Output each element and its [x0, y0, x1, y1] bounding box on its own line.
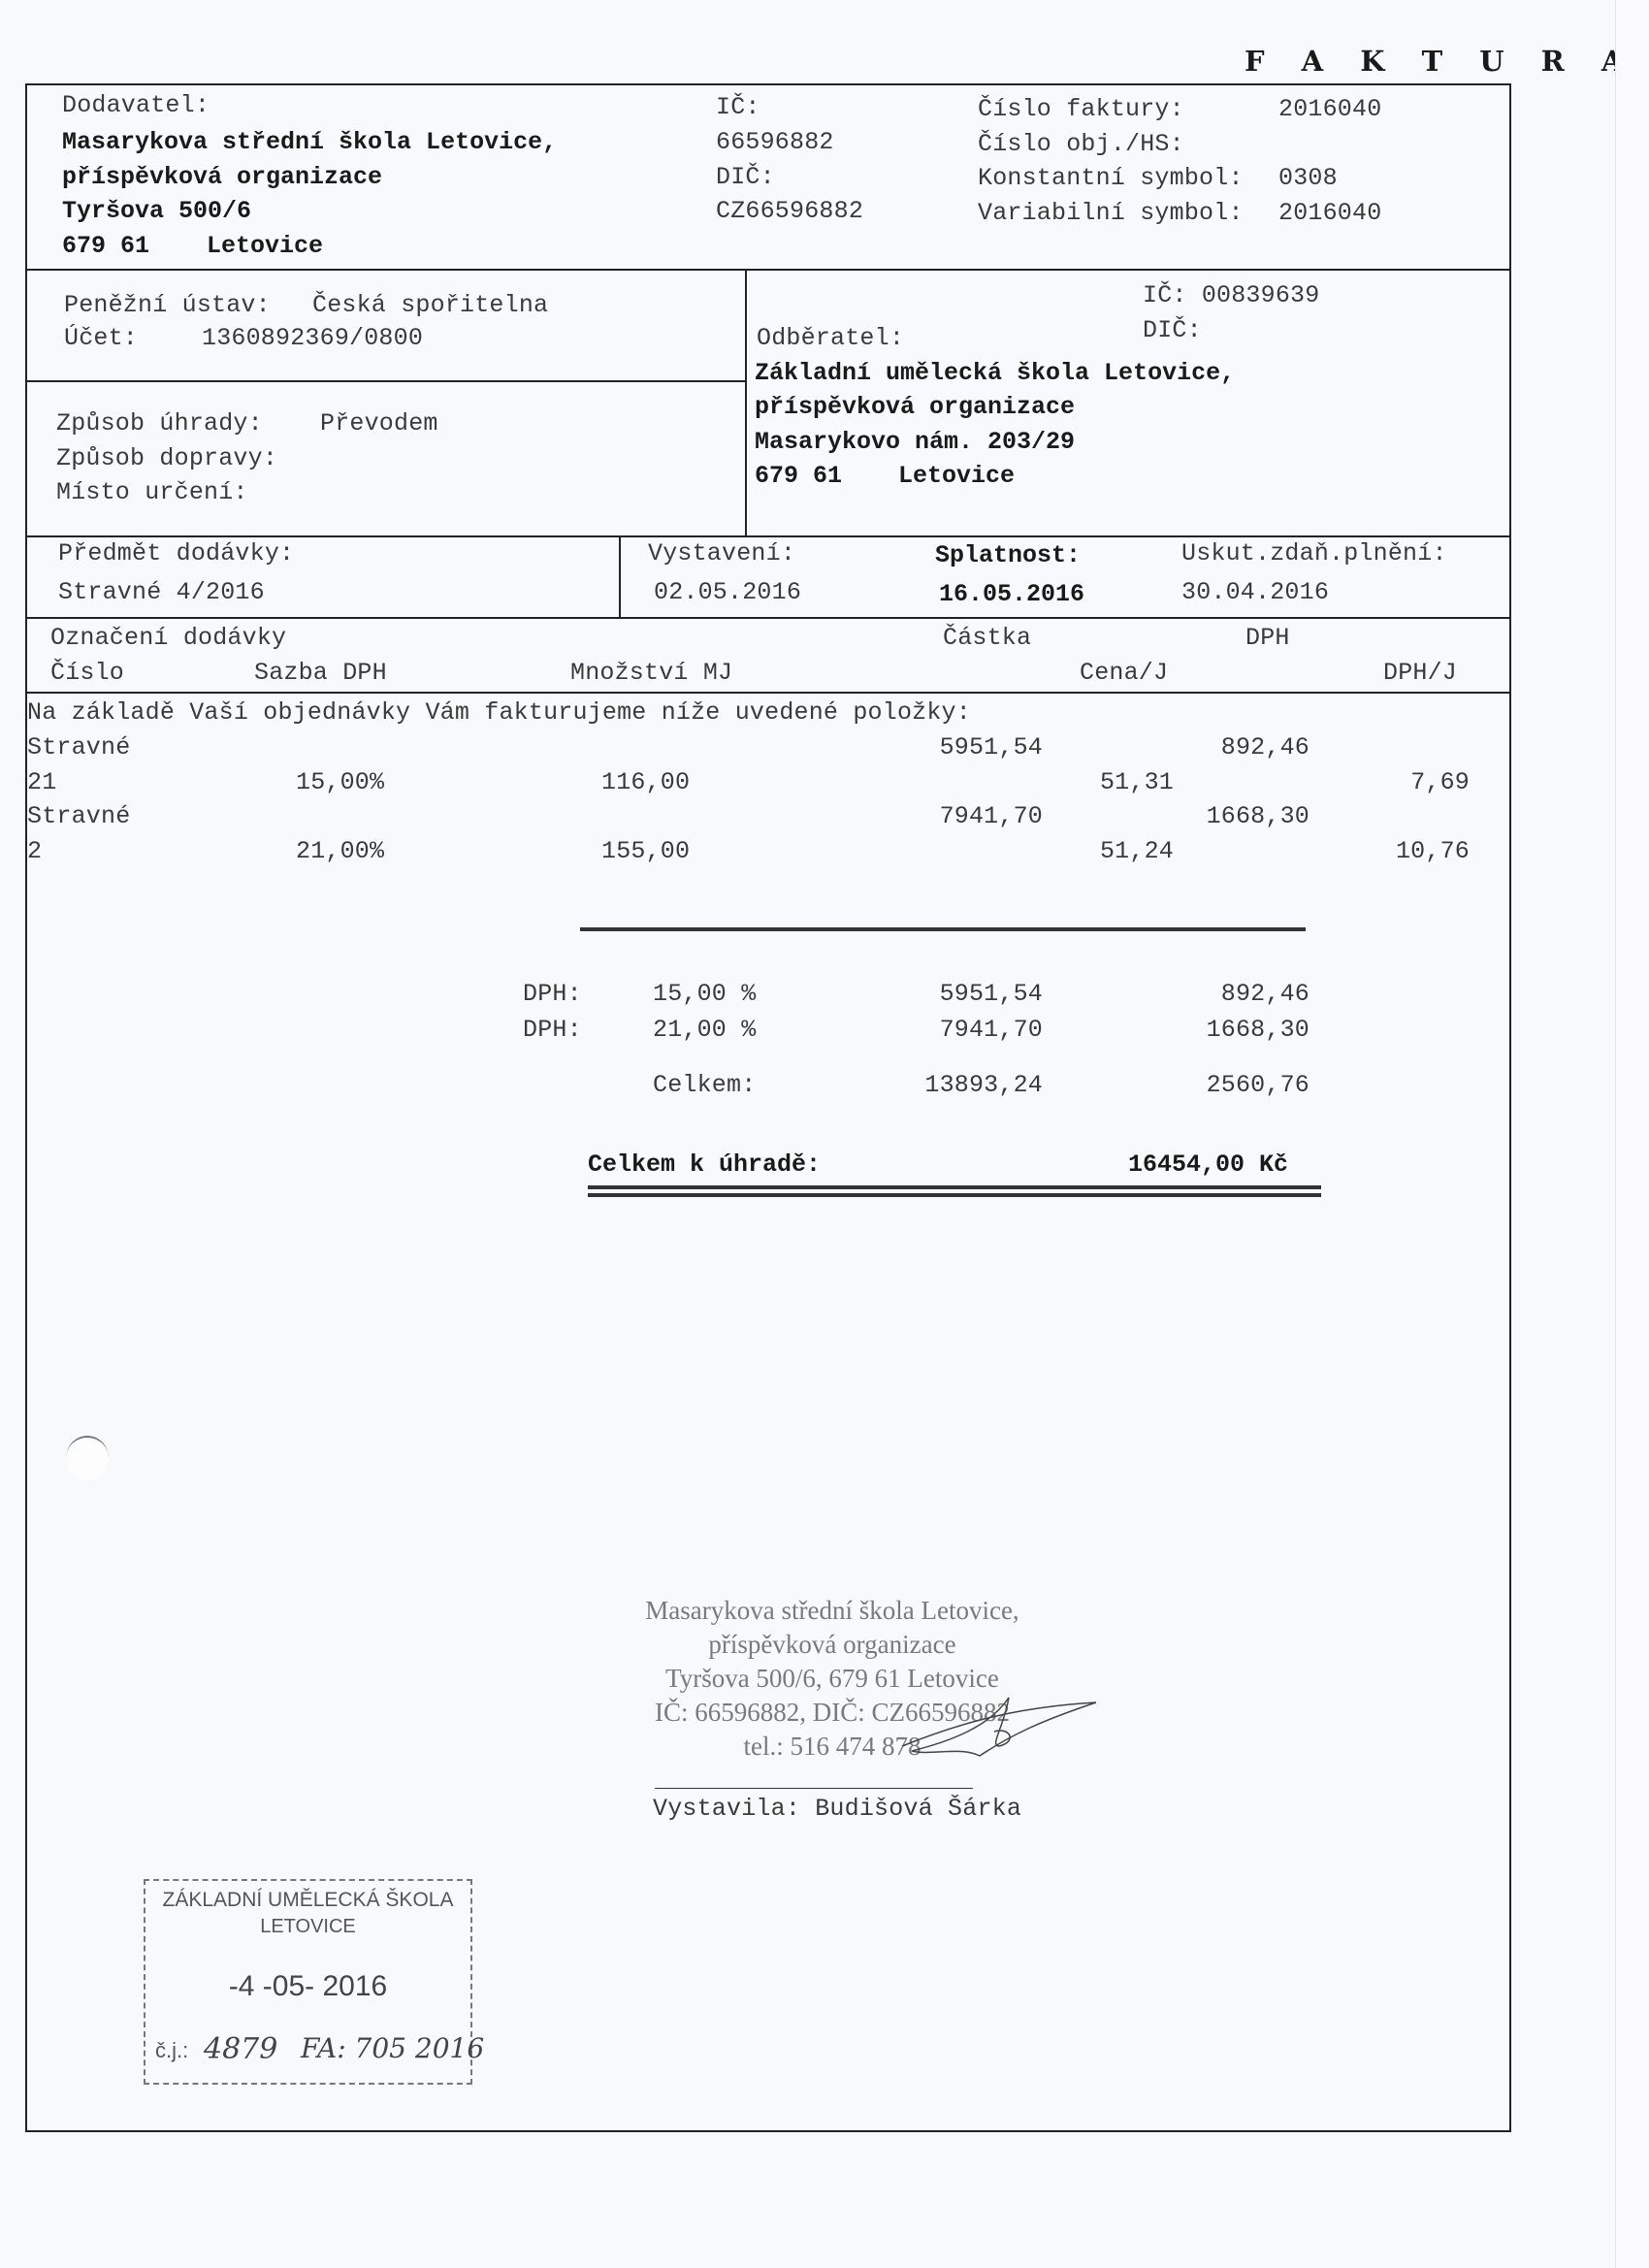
- receipt-stamp: ZÁKLADNÍ UMĚLECKÁ ŠKOLA LETOVICE -4 -05-…: [144, 1879, 472, 2085]
- summary-vat-base: 7941,70: [834, 1016, 1043, 1044]
- invoice-frame: [25, 83, 1511, 2132]
- divider: [25, 617, 1509, 619]
- customer-dic-label: DIČ:: [1143, 316, 1202, 344]
- account-number: 1360892369/0800: [202, 324, 423, 352]
- supplier-street: Tyršova 500/6: [62, 197, 251, 225]
- summary-divider: [580, 927, 1306, 931]
- taxable-date: 30.04.2016: [1181, 578, 1329, 606]
- header-designation: Označení dodávky: [50, 624, 286, 652]
- item-rate: 15,00%: [296, 768, 384, 796]
- header-quantity: Množství MJ: [570, 659, 732, 687]
- subject: Stravné 4/2016: [58, 578, 265, 606]
- supplier-city: Letovice: [207, 232, 323, 260]
- taxable-label: Uskut.zdaň.plnění:: [1181, 539, 1447, 567]
- account-label: Účet:: [64, 324, 138, 352]
- header-amount: Částka: [943, 624, 1031, 652]
- supplier-dic-label: DIČ:: [716, 163, 775, 191]
- item-unit-price: 51,31: [970, 768, 1174, 796]
- divider: [25, 692, 1509, 694]
- summary-vat-amount: 892,46: [1115, 980, 1309, 1008]
- grand-total: 16454,00 Kč: [999, 1150, 1288, 1179]
- invoice-page: F A K T U R A Dodavatel: Masarykova stře…: [0, 0, 1615, 2268]
- divider: [25, 269, 1509, 271]
- item-vat: 1668,30: [1115, 802, 1309, 830]
- customer-name: Základní umělecká škola Letovice,: [755, 359, 1235, 387]
- total-label: Celkem:: [653, 1071, 756, 1099]
- header-unit-price: Cena/J: [1080, 659, 1168, 687]
- bank-label: Peněžní ústav:: [64, 291, 271, 319]
- customer-ic: IČ: 00839639: [1143, 281, 1319, 309]
- payment-method: Převodem: [320, 409, 438, 437]
- customer-street: Masarykovo nám. 203/29: [755, 428, 1075, 456]
- header-unit-vat: DPH/J: [1383, 659, 1457, 687]
- variable-symbol: 2016040: [1278, 199, 1381, 227]
- item-unit-price: 51,24: [970, 837, 1174, 865]
- customer-zip: 679 61: [755, 462, 842, 490]
- divider: [25, 380, 745, 382]
- supplier-dic: CZ66596882: [716, 197, 863, 225]
- constant-symbol-label: Konstantní symbol:: [978, 164, 1244, 192]
- invoice-number-label: Číslo faktury:: [978, 95, 1184, 123]
- item-qty: 155,00: [601, 837, 690, 865]
- variable-symbol-label: Variabilní symbol:: [978, 199, 1244, 227]
- customer-city: Letovice: [898, 462, 1015, 490]
- order-number-label: Číslo obj./HS:: [978, 130, 1184, 158]
- divider: [25, 535, 1509, 537]
- item-amount: 5951,54: [834, 733, 1043, 761]
- issued-date: 02.05.2016: [654, 578, 801, 606]
- receipt-date: -4 -05- 2016: [145, 1970, 470, 2003]
- header-number: Číslo: [50, 659, 124, 687]
- intro-text: Na základě Vaší objednávky Vám fakturuje…: [27, 698, 971, 727]
- receipt-ref-label: č.j.:: [155, 2038, 188, 2063]
- supplier-ic-label: IČ:: [716, 93, 760, 121]
- issuer-stamp-line1: Masarykova střední škola Letovice,: [580, 1596, 1084, 1626]
- item-name: Stravné: [27, 733, 130, 761]
- item-amount: 7941,70: [834, 802, 1043, 830]
- item-number: 21: [27, 768, 56, 796]
- signature-line: [655, 1788, 973, 1789]
- item-unit-vat: 10,76: [1271, 837, 1470, 865]
- summary-vat-amount: 1668,30: [1115, 1016, 1309, 1044]
- invoice-title: F A K T U R A: [1245, 45, 1636, 78]
- signature-icon: [892, 1688, 1106, 1766]
- double-underline-top: [588, 1185, 1321, 1189]
- punch-hole: [66, 1436, 109, 1480]
- supplier-zip: 679 61: [62, 232, 149, 260]
- item-rate: 21,00%: [296, 837, 384, 865]
- supplier-ic: 66596882: [716, 128, 834, 156]
- issuer-stamp-line2: příspěvková organizace: [580, 1630, 1084, 1660]
- subject-label: Předmět dodávky:: [58, 539, 294, 567]
- transport-label: Způsob dopravy:: [56, 444, 277, 472]
- item-unit-vat: 7,69: [1271, 768, 1470, 796]
- header-vat-rate: Sazba DPH: [254, 659, 387, 687]
- due-date: 16.05.2016: [939, 580, 1084, 608]
- supplier-name-2: příspěvková organizace: [62, 163, 382, 191]
- item-qty: 116,00: [601, 768, 690, 796]
- issued-by: Vystavila: Budišová Šárka: [653, 1795, 1021, 1823]
- scan-edge: [1615, 0, 1649, 2268]
- summary-vat-base: 5951,54: [834, 980, 1043, 1008]
- issued-label: Vystavení:: [648, 539, 795, 567]
- customer-ic-value: 00839639: [1202, 281, 1320, 309]
- constant-symbol: 0308: [1278, 164, 1338, 192]
- receipt-fa: FA: 705 2016: [301, 2032, 484, 2064]
- item-vat: 892,46: [1115, 733, 1309, 761]
- double-underline-bottom: [588, 1193, 1321, 1197]
- header-vat: DPH: [1245, 624, 1290, 652]
- summary-vat-rate: 15,00 %: [653, 980, 756, 1008]
- due-label: Splatnost:: [935, 541, 1081, 569]
- receipt-ref: 4879: [204, 2032, 277, 2066]
- bank-name: Česká spořitelna: [312, 291, 548, 319]
- summary-vat-label: DPH:: [523, 980, 582, 1008]
- supplier-label: Dodavatel:: [62, 91, 210, 119]
- customer-ic-label: IČ:: [1143, 281, 1187, 309]
- receipt-stamp-line1: ZÁKLADNÍ UMĚLECKÁ ŠKOLA: [145, 1889, 470, 1912]
- total-vat: 2560,76: [1115, 1071, 1309, 1099]
- divider: [745, 269, 747, 536]
- supplier-name: Masarykova střední škola Letovice,: [62, 128, 557, 156]
- summary-vat-rate: 21,00 %: [653, 1016, 756, 1044]
- item-name: Stravné: [27, 802, 130, 830]
- payment-method-label: Způsob úhrady:: [56, 409, 263, 437]
- grand-total-label: Celkem k úhradě:: [588, 1150, 821, 1179]
- invoice-number: 2016040: [1278, 95, 1381, 123]
- total-base: 13893,24: [834, 1071, 1043, 1099]
- issued-by-name: Budišová Šárka: [815, 1795, 1021, 1823]
- divider: [619, 535, 621, 618]
- customer-name-2: příspěvková organizace: [755, 393, 1075, 421]
- issued-by-label: Vystavila:: [653, 1795, 800, 1823]
- summary-vat-label: DPH:: [523, 1016, 582, 1044]
- destination-label: Místo určení:: [56, 478, 248, 506]
- customer-label: Odběratel:: [757, 324, 904, 352]
- item-number: 2: [27, 837, 42, 865]
- receipt-stamp-line2: LETOVICE: [145, 1916, 470, 1938]
